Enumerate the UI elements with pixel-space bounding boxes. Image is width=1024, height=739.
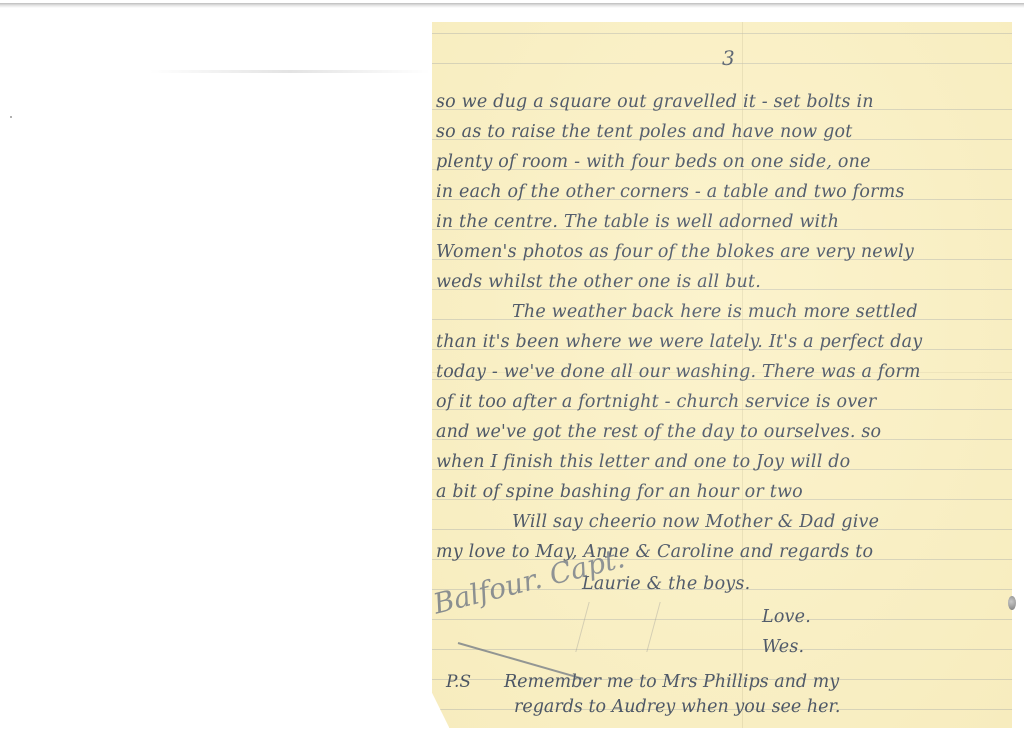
stray-mark — [10, 116, 12, 118]
letter-page: 3 so we dug a square out gravelled it - … — [432, 22, 1012, 728]
letter-line-15: Will say cheerio now Mother & Dad give — [512, 512, 879, 532]
postscript-line-1: Remember me to Mrs Phillips and my — [504, 672, 839, 692]
scanner-clip — [1008, 596, 1016, 610]
letter-line-10: today - we've done all our washing. Ther… — [436, 362, 921, 382]
letter-line-12: and we've got the rest of the day to our… — [436, 422, 881, 442]
letter-line-8: The weather back here is much more settl… — [512, 302, 918, 322]
letter-line-7: weds whilst the other one is all but. — [436, 272, 761, 292]
page-number: 3 — [722, 46, 735, 70]
scan-background: 3 so we dug a square out gravelled it - … — [0, 0, 1024, 739]
letter-line-5: in the centre. The table is well adorned… — [436, 212, 839, 232]
letter-line-1: so we dug a square out gravelled it - se… — [436, 92, 874, 112]
letter-line-11: of it too after a fortnight - church ser… — [436, 392, 876, 412]
pencil-mark — [575, 602, 660, 652]
letter-line-3: plenty of room - with four beds on one s… — [436, 152, 871, 172]
letter-line-13: when I finish this letter and one to Joy… — [436, 452, 850, 472]
letter-line-6: Women's photos as four of the blokes are… — [436, 242, 914, 262]
letter-line-16: my love to May, Anne & Caroline and rega… — [436, 542, 873, 562]
letter-line-2: so as to raise the tent poles and have n… — [436, 122, 853, 142]
letter-line-9: than it's been where we were lately. It'… — [436, 332, 922, 352]
letter-line-4: in each of the other corners - a table a… — [436, 182, 905, 202]
postscript-line-2: regards to Audrey when you see her. — [514, 697, 840, 717]
closing-valediction: Love. — [762, 607, 811, 627]
postscript-label: P.S — [446, 672, 471, 692]
letter-line-14: a bit of spine bashing for an hour or tw… — [436, 482, 803, 502]
scanner-shadow — [150, 70, 430, 73]
signature: Wes. — [762, 637, 804, 657]
scanner-edge — [0, 3, 1024, 8]
